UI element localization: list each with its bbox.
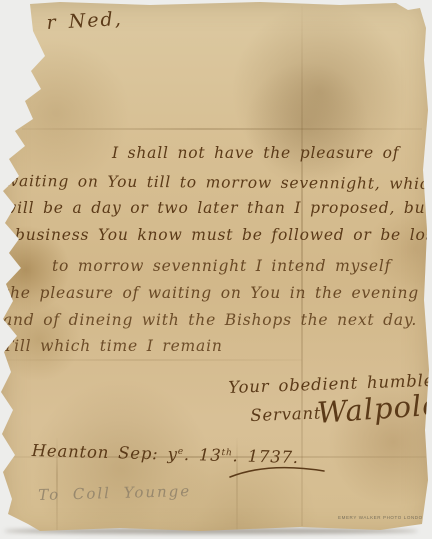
pen-flourish bbox=[228, 466, 326, 480]
address-line: To Coll Younge bbox=[38, 482, 191, 504]
fold-crease bbox=[22, 128, 422, 130]
collection-stamp: Emery Walker Photo London bbox=[338, 515, 427, 520]
signature: Walpole bbox=[316, 387, 432, 430]
dateline-day: . 13 bbox=[184, 445, 222, 465]
letter-line: business You know must be followed or be… bbox=[15, 226, 432, 244]
letter-line: Till which time I remain bbox=[3, 337, 223, 355]
letter-line: the pleasure of waiting on You in the ev… bbox=[3, 284, 419, 302]
fold-crease bbox=[2, 359, 302, 361]
salutation: r Ned, bbox=[46, 8, 123, 34]
letter-paper: r Ned, I shall not have the pleasure of … bbox=[0, 0, 432, 539]
closing-line: Servant bbox=[250, 404, 322, 425]
letter-line: waiting on You till to morrow sevennight… bbox=[5, 172, 432, 193]
dateline-superscript: th bbox=[221, 448, 232, 458]
dateline-place-month: Heanton Sep: y bbox=[32, 441, 178, 464]
letter-line: will be a day or two later than I propos… bbox=[3, 199, 432, 217]
dateline-year: . 1737. bbox=[232, 446, 299, 467]
letter-line: I shall not have the pleasure of bbox=[112, 144, 399, 162]
dateline: Heanton Sep: ye. 13th. 1737. bbox=[32, 441, 300, 467]
letter-line: to morrow sevennight I intend myself bbox=[52, 257, 391, 275]
letter-line: and of dineing with the Bishops the next… bbox=[3, 311, 417, 329]
letter-photograph: r Ned, I shall not have the pleasure of … bbox=[0, 0, 432, 539]
